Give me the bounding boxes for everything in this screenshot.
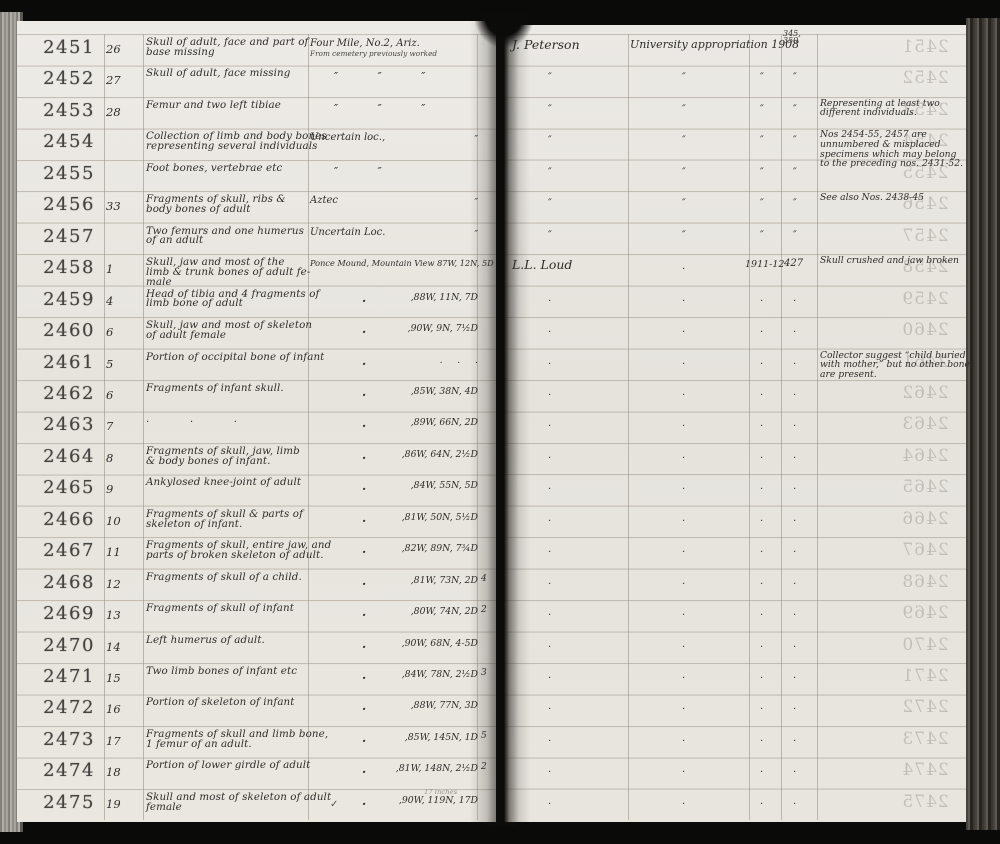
locality-ditto-dot: . — [362, 354, 366, 368]
catalog-no-ditto: . — [793, 764, 796, 775]
fund: University appropriation 1908 — [630, 38, 805, 51]
bleed-through-number: 2460 — [892, 320, 958, 340]
bleed-through-number: 2474 — [892, 760, 958, 780]
description: Left humerus of adult. — [146, 636, 321, 646]
collector-ditto: . — [548, 324, 551, 335]
catalog-no-ditto: . — [793, 576, 796, 587]
specimen-count: 27 — [106, 73, 140, 87]
column-rule — [817, 34, 818, 820]
locality-ditto-dot: . — [362, 385, 366, 399]
measurement: ,85W, 145N, 1D — [383, 732, 478, 743]
description: Portion of skeleton of infant — [146, 698, 321, 708]
year-ditto: . — [760, 670, 763, 681]
collector-ditto: . — [548, 796, 551, 807]
bleed-through-number: 2467 — [892, 540, 958, 560]
catalog-number: 2458 — [38, 257, 100, 278]
measurement: ,84W, 55N, 5D — [383, 480, 478, 491]
pencil-note: 17 inches — [424, 788, 457, 796]
catalog-no-ditto: . — [793, 513, 796, 524]
locality-ditto-dot: . — [362, 605, 366, 619]
catalog-number: 2453 — [38, 100, 100, 121]
description: Ankylosed knee-joint of adult — [146, 478, 321, 488]
locality-ditto-dot: . — [362, 794, 366, 808]
specimen-count: 9 — [106, 482, 140, 496]
fund-ditto: . — [682, 293, 685, 304]
year-ditto: . — [760, 733, 763, 744]
catalog-no-ditto: ″ — [793, 230, 797, 241]
specimen-count: 14 — [106, 640, 140, 654]
catalog-no-ditto: . — [793, 356, 796, 367]
checkmark: ✓ — [330, 799, 338, 810]
catalog-number: 2452 — [38, 68, 100, 89]
locality-ditto-dot: . — [362, 479, 366, 493]
fund-ditto: . — [682, 670, 685, 681]
bleed-through-number: 2463 — [892, 414, 958, 434]
page-edge-stack-right — [966, 18, 1000, 830]
column-rule — [781, 34, 782, 820]
fund-ditto: . — [682, 481, 685, 492]
fund-ditto: ″ — [682, 72, 686, 83]
remarks: See also Nos. 2438-45 — [820, 193, 924, 203]
catalog-no-ditto: ″ — [793, 72, 797, 83]
bleed-through-number: 2475 — [892, 792, 958, 812]
catalog-no-ditto: . — [793, 481, 796, 492]
specimen-count: 5 — [106, 357, 140, 371]
fund-ditto: ″ — [682, 135, 686, 146]
specimen-count: 17 — [106, 734, 140, 748]
specimen-count: 7 — [106, 419, 140, 433]
scanned-ledger-spread: 245126Skull of adult, face and part of b… — [0, 0, 1000, 844]
margin-depth-note: 2 — [481, 762, 487, 772]
catalog-number: 2466 — [38, 509, 100, 530]
catalog-number: 2472 — [38, 697, 100, 718]
catalog-number: 2461 — [38, 352, 100, 373]
year-ditto: . — [760, 764, 763, 775]
measurement: ,86W, 64N, 2½D — [383, 449, 478, 460]
collector-ditto: . — [548, 607, 551, 618]
column-rule — [749, 34, 750, 820]
year-ditto: . — [760, 796, 763, 807]
specimen-count: 13 — [106, 608, 140, 622]
collector-ditto: ″ — [548, 167, 552, 178]
measurement: ,90W, 9N, 7½D — [383, 323, 478, 334]
collector-ditto: . — [548, 418, 551, 429]
locality-ditto-dot: . — [362, 448, 366, 462]
catalog-no-ditto: ″ — [793, 167, 797, 178]
catalog-number: 2475 — [38, 792, 100, 813]
catalog-number: 2470 — [38, 635, 100, 656]
margin-depth-note: 3 — [481, 668, 487, 678]
catalog-number: 2455 — [38, 163, 100, 184]
catalog-no-ditto: . — [793, 324, 796, 335]
specimen-count: 6 — [106, 388, 140, 402]
year-ditto: . — [760, 607, 763, 618]
description: Skull, jaw and most of the limb & trunk … — [146, 258, 321, 287]
specimen-count: 28 — [106, 105, 140, 119]
collector-ditto: . — [548, 576, 551, 587]
fund-ditto: ″ — [682, 198, 686, 209]
old-catalog-no: 427 — [784, 258, 818, 269]
fund-ditto: . — [682, 356, 685, 367]
year-ditto: ″ — [760, 198, 764, 209]
year-ditto: . — [760, 481, 763, 492]
catalog-number: 2468 — [38, 572, 100, 593]
fund-ditto: ″ — [682, 167, 686, 178]
collector-ditto: . — [548, 639, 551, 650]
locality-ditto-dot: . — [362, 511, 366, 525]
catalog-no-ditto: . — [793, 701, 796, 712]
measurement: ,89W, 66N, 2D — [383, 417, 478, 428]
measurement: ,84W, 78N, 2½D — [383, 669, 478, 680]
fund-ditto: . — [682, 701, 685, 712]
specimen-count: 16 — [106, 702, 140, 716]
catalog-no-ditto: . — [793, 450, 796, 461]
specimen-count: 26 — [106, 42, 140, 56]
catalog-number: 2456 — [38, 194, 100, 215]
specimen-count: 33 — [106, 199, 140, 213]
catalog-number: 2465 — [38, 477, 100, 498]
collector-ditto: ″ — [548, 198, 552, 209]
bleed-through-number: 2469 — [892, 603, 958, 623]
year-ditto: . — [760, 324, 763, 335]
fund-ditto: . — [682, 418, 685, 429]
remarks: Nos 2454-55, 2457 are unnumbered & mispl… — [820, 130, 963, 168]
description: Two femurs and one humerus of an adult — [146, 227, 321, 247]
description: Skull of adult, face and part of base mi… — [146, 38, 321, 58]
bleed-through-number: 2473 — [892, 729, 958, 749]
column-rule — [143, 34, 144, 820]
bleed-through-number: 2457 — [892, 226, 958, 246]
collector-ditto: ″ — [548, 135, 552, 146]
catalog-no-ditto: ″ — [793, 135, 797, 146]
year-ditto: . — [760, 418, 763, 429]
locality-ditto-dot: . — [362, 542, 366, 556]
catalog-number: 2464 — [38, 446, 100, 467]
catalog-number: 2462 — [38, 383, 100, 404]
fund-ditto: . — [682, 796, 685, 807]
catalog-no-ditto: . — [793, 293, 796, 304]
catalog-no-ditto: . — [793, 544, 796, 555]
catalog-no-ditto: . — [793, 639, 796, 650]
year: 1911-12 — [745, 259, 785, 270]
fund-ditto: . — [682, 764, 685, 775]
collector-ditto: . — [548, 544, 551, 555]
measurement: ,88W, 77N, 3D — [383, 700, 478, 711]
locality: Ponce Mound, Mountain View 87W, 12N, 5D — [310, 259, 485, 269]
year-ditto: . — [760, 356, 763, 367]
specimen-count: 10 — [106, 514, 140, 528]
year-ditto: ″ — [760, 72, 764, 83]
description: Head of tibia and 4 fragments of limb bo… — [146, 290, 321, 310]
description: Fragments of skull of a child. — [146, 573, 321, 583]
year-ditto: . — [760, 513, 763, 524]
year-ditto: . — [760, 544, 763, 555]
catalog-number: 2457 — [38, 226, 100, 247]
description: . . . — [146, 415, 321, 425]
fund-ditto: . — [682, 544, 685, 555]
fund-ditto: . — [682, 576, 685, 587]
catalog-number: 2473 — [38, 729, 100, 750]
description: Fragments of skull & parts of skeleton o… — [146, 510, 321, 530]
year-ditto: . — [760, 450, 763, 461]
description: Fragments of skull, ribs & body bones of… — [146, 195, 321, 215]
specimen-count: 4 — [106, 294, 140, 308]
year-ditto: . — [760, 576, 763, 587]
bleed-through-number: 2459 — [892, 289, 958, 309]
collector-ditto: . — [548, 670, 551, 681]
specimen-count: 15 — [106, 671, 140, 685]
fund-ditto: ″ — [682, 104, 686, 115]
bleed-through-number: 2462 — [892, 383, 958, 403]
collector-ditto: . — [548, 701, 551, 712]
catalog-number: 2460 — [38, 320, 100, 341]
description: Fragments of skull and limb bone, 1 femu… — [146, 730, 321, 750]
fund-ditto: . — [682, 387, 685, 398]
locality-ditto-dot: . — [362, 291, 366, 305]
collector: L.L. Loud — [512, 257, 642, 272]
description: Skull and most of skeleton of adult fema… — [146, 793, 321, 813]
catalog-no-ditto: . — [793, 607, 796, 618]
description: Fragments of infant skull. — [146, 384, 321, 394]
catalog-number: 2459 — [38, 289, 100, 310]
collector: J. Peterson — [512, 37, 642, 52]
locality-ditto-dot: . — [362, 574, 366, 588]
bleed-through-number: 2466 — [892, 509, 958, 529]
catalog-no-ditto: ″ — [793, 104, 797, 115]
collector-ditto: ″ — [548, 230, 552, 241]
locality: Four Mile, No.2, Ariz. — [310, 39, 485, 49]
bleed-through-number: 2472 — [892, 697, 958, 717]
locality-ditto-dot: . — [362, 668, 366, 682]
bleed-through-number: 2470 — [892, 635, 958, 655]
bleed-through-number: 2468 — [892, 572, 958, 592]
description: Portion of occipital bone of infant — [146, 353, 321, 363]
measurement: ,88W, 11N, 7D — [383, 292, 478, 303]
column-rule — [628, 34, 629, 820]
catalog-no-ditto: . — [793, 418, 796, 429]
measurement: ,81W, 148N, 2½D — [383, 763, 478, 774]
measurement: ,80W, 74N, 2D — [383, 606, 478, 617]
locality-ditto: ″ ″ ″ — [334, 70, 425, 83]
collector-ditto: . — [548, 293, 551, 304]
measurement: . . . — [383, 355, 478, 366]
description: Fragments of skull, entire jaw, and part… — [146, 541, 321, 561]
collector-ditto: . — [548, 450, 551, 461]
collector-ditto: ″ — [548, 72, 552, 83]
description: Portion of lower girdle of adult — [146, 761, 321, 771]
measurement: ,82W, 89N, 7¾D — [383, 543, 478, 554]
fund-ditto: . — [682, 733, 685, 744]
collector-ditto: . — [548, 733, 551, 744]
year-ditto: . — [760, 293, 763, 304]
year-ditto: . — [760, 387, 763, 398]
description: Skull, jaw and most of skeleton of adult… — [146, 321, 321, 341]
specimen-count: 1 — [106, 262, 140, 276]
year-ditto: ″ — [760, 167, 764, 178]
catalog-no-ditto: . — [793, 670, 796, 681]
fund-ditto: . — [682, 261, 685, 272]
collector-ditto: . — [548, 764, 551, 775]
locality-ditto-dot: . — [362, 762, 366, 776]
collector-ditto: . — [548, 513, 551, 524]
margin-depth-note: 2 — [481, 605, 487, 615]
fund-ditto: . — [682, 450, 685, 461]
collector-ditto: ″ — [548, 104, 552, 115]
year-ditto: ″ — [760, 135, 764, 146]
fund-ditto: . — [682, 639, 685, 650]
old-catalog-no: 345, 350 — [783, 30, 817, 44]
bleed-through-number: 2471 — [892, 666, 958, 686]
specimen-count: 18 — [106, 765, 140, 779]
description: Two limb bones of infant etc — [146, 667, 321, 677]
year-ditto: . — [760, 639, 763, 650]
locality-ditto-dot: . — [362, 637, 366, 651]
measurement: ,90W, 68N, 4-5D — [383, 638, 478, 649]
catalog-number: 2451 — [38, 37, 100, 58]
locality-note: From cemetery previously worked — [310, 49, 485, 58]
description: Fragments of skull of infant — [146, 604, 321, 614]
description: Foot bones, vertebrae etc — [146, 164, 321, 174]
specimen-count: 8 — [106, 451, 140, 465]
description: Femur and two left tibiae — [146, 101, 321, 111]
description: Fragments of skull, jaw, limb & body bon… — [146, 447, 321, 467]
column-rule — [104, 34, 105, 820]
catalog-no-ditto: ″ — [793, 198, 797, 209]
specimen-count: 6 — [106, 325, 140, 339]
catalog-number: 2474 — [38, 760, 100, 781]
year-ditto: . — [760, 701, 763, 712]
locality-ditto-dot: . — [362, 416, 366, 430]
catalog-no-ditto: . — [793, 796, 796, 807]
locality-ditto: ″ ″ ″ — [334, 102, 425, 115]
bleed-through-number: 2452 — [892, 68, 958, 88]
bleed-through-number: 2464 — [892, 446, 958, 466]
fund-ditto: . — [682, 513, 685, 524]
remarks: Collector suggest “child buried with mot… — [820, 351, 975, 380]
description: Skull of adult, face missing — [146, 69, 321, 79]
measurement: ″ — [383, 197, 478, 208]
specimen-count: 19 — [106, 797, 140, 811]
fund-ditto: . — [682, 607, 685, 618]
year-ditto: ″ — [760, 104, 764, 115]
book-gutter — [487, 16, 519, 826]
locality-ditto-dot: . — [362, 322, 366, 336]
remarks: Skull crushed and jaw broken — [820, 256, 959, 266]
measurement: ″ — [383, 229, 478, 240]
description: Collection of limb and body bones repres… — [146, 132, 321, 152]
measurement: ,81W, 50N, 5½D — [383, 512, 478, 523]
measurement: ,90W, 119N, 17D — [383, 795, 478, 806]
measurement: ,81W, 73N, 2D — [383, 575, 478, 586]
catalog-number: 2467 — [38, 540, 100, 561]
catalog-number: 2454 — [38, 131, 100, 152]
year-ditto: ″ — [760, 230, 764, 241]
fund-ditto: . — [682, 324, 685, 335]
catalog-no-ditto: . — [793, 387, 796, 398]
bleed-through-number: 2465 — [892, 477, 958, 497]
specimen-count: 11 — [106, 545, 140, 559]
margin-depth-note: 5 — [481, 731, 487, 741]
catalog-number: 2463 — [38, 414, 100, 435]
collector-ditto: . — [548, 356, 551, 367]
collector-ditto: . — [548, 387, 551, 398]
margin-depth-note: 4 — [481, 574, 487, 584]
locality-ditto-dot: . — [362, 731, 366, 745]
locality-ditto: ″ ″ — [334, 165, 382, 178]
specimen-count: 12 — [106, 577, 140, 591]
locality-ditto-dot: . — [362, 699, 366, 713]
catalog-number: 2469 — [38, 603, 100, 624]
fund-ditto: ″ — [682, 230, 686, 241]
collector-ditto: . — [548, 481, 551, 492]
measurement: ″ — [383, 134, 478, 145]
measurement: ,85W, 38N, 4D — [383, 386, 478, 397]
catalog-number: 2471 — [38, 666, 100, 687]
remarks: Representing at least two different indi… — [820, 99, 940, 118]
catalog-no-ditto: . — [793, 733, 796, 744]
bleed-through-number: 2451 — [892, 37, 958, 57]
